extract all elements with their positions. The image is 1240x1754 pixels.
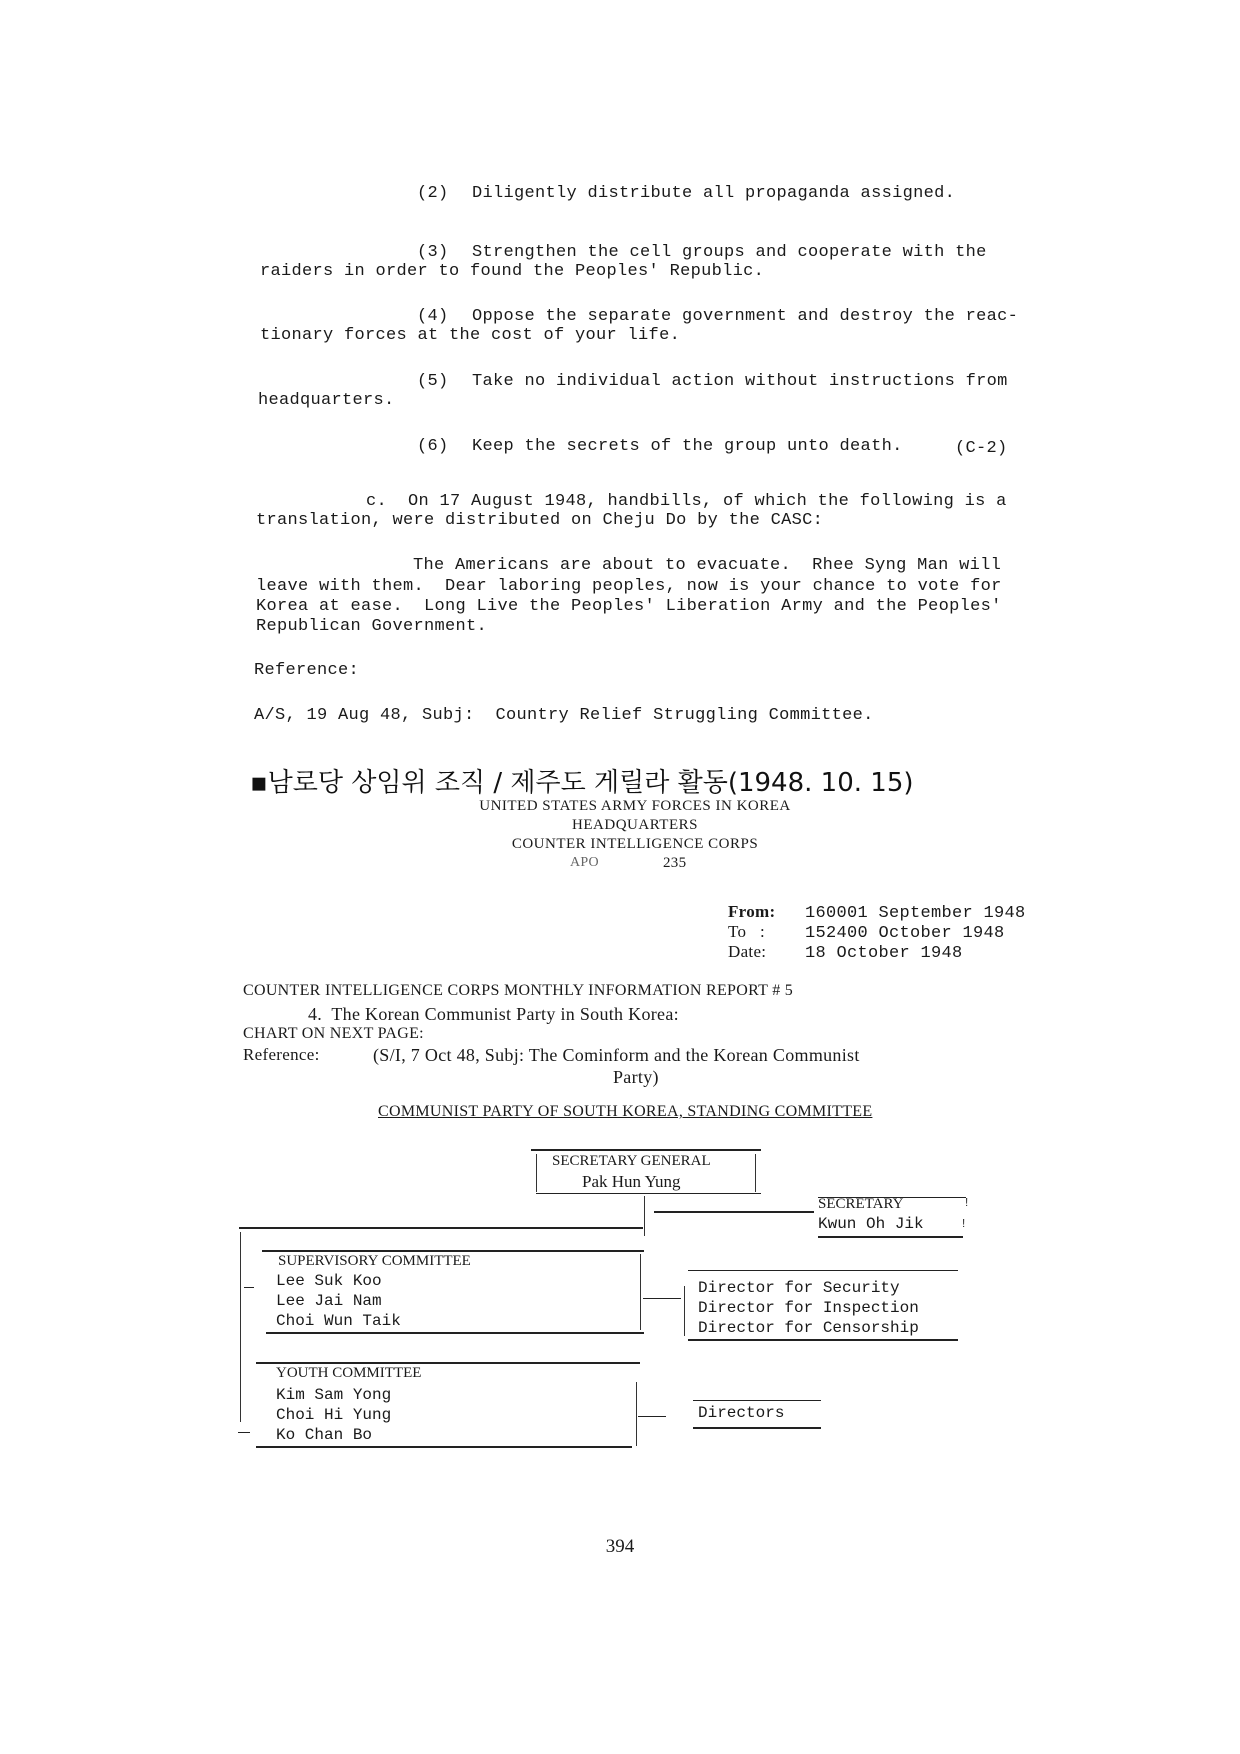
period-from-value: 160001 September 1948 <box>805 904 1026 923</box>
sec-general-bottom-border <box>536 1193 761 1194</box>
supervisory-bottom-border <box>266 1332 644 1334</box>
sec-general-right-border <box>755 1154 756 1192</box>
supervisory-top-border <box>262 1250 644 1252</box>
korean-section-heading: ▪남로당 상임위 조직 / 제주도 게릴라 활동(1948. 10. 15) <box>250 762 914 799</box>
letterhead-line1: UNITED STATES ARMY FORCES IN KOREA <box>15 798 1240 815</box>
youth-left-stub <box>238 1432 250 1433</box>
youth-member: Choi Hi Yung <box>276 1406 391 1424</box>
youth-directors-top-border <box>693 1400 821 1401</box>
youth-director-connector <box>638 1416 666 1417</box>
instruction-3-number: (3) <box>417 243 449 262</box>
trunk-connector <box>644 1196 645 1236</box>
supervisory-directors-bottom-border <box>688 1339 958 1341</box>
report-item-4: 4. The Korean Communist Party in South K… <box>308 1004 679 1025</box>
period-to-value: 152400 October 1948 <box>805 924 1005 943</box>
letterhead-apo-number: 235 <box>663 855 686 872</box>
instruction-2-text: Diligently distribute all propaganda ass… <box>472 184 955 203</box>
supervisory-left-stub <box>244 1287 254 1288</box>
committee-trunk-line <box>239 1227 643 1229</box>
secretary-bottom-border <box>818 1236 963 1238</box>
reference-label: Reference: <box>254 661 359 680</box>
secretary-right-tick: ! <box>963 1196 970 1210</box>
letterhead-line3: COUNTER INTELLIGENCE CORPS <box>15 836 1240 853</box>
sec-general-title: SECRETARY GENERAL <box>552 1153 711 1170</box>
org-chart-title: COMMUNIST PARTY OF SOUTH KOREA, STANDING… <box>378 1103 872 1121</box>
sec-general-name: Pak Hun Yung <box>582 1172 681 1192</box>
secretary-name: Kwun Oh Jik <box>818 1215 924 1233</box>
instruction-3-text: Strengthen the cell groups and cooperate… <box>472 243 987 262</box>
director-inspection: Director for Inspection <box>698 1299 919 1317</box>
supervisory-director-connector <box>643 1298 681 1299</box>
report-reference-label: Reference: <box>243 1045 320 1065</box>
secretary-right-tick-2: ! <box>960 1217 967 1231</box>
youth-top-border <box>256 1362 640 1364</box>
supervisory-directors-top-border <box>688 1270 958 1271</box>
instruction-6-number: (6) <box>417 437 449 456</box>
handbill-line3: Korea at ease. Long Live the Peoples' Li… <box>256 597 1002 616</box>
report-title: COUNTER INTELLIGENCE CORPS MONTHLY INFOR… <box>243 982 793 1000</box>
supervisory-title: SUPERVISORY COMMITTEE <box>278 1253 471 1270</box>
secretary-connector <box>654 1211 814 1213</box>
instruction-4-number: (4) <box>417 307 449 326</box>
director-censorship: Director for Censorship <box>698 1319 919 1337</box>
supervisory-member: Lee Jai Nam <box>276 1292 382 1310</box>
youth-member: Kim Sam Yong <box>276 1386 391 1404</box>
period-from-label: From: <box>728 902 775 922</box>
left-trunk-vertical <box>240 1232 241 1422</box>
reference-text: A/S, 19 Aug 48, Subj: Country Relief Str… <box>254 706 874 725</box>
supervisory-right-border <box>640 1254 641 1330</box>
instruction-3-continuation: raiders in order to found the Peoples' R… <box>260 262 764 281</box>
instruction-6-text: Keep the secrets of the group unto death… <box>472 437 903 456</box>
period-date-value: 18 October 1948 <box>805 944 963 963</box>
instruction-4-continuation: tionary forces at the cost of your life. <box>260 326 680 345</box>
youth-right-border <box>636 1382 637 1446</box>
youth-directors-bottom-border <box>693 1427 821 1429</box>
para-c-line1: c. On 17 August 1948, handbills, of whic… <box>366 492 1007 511</box>
letterhead-apo-label: APO <box>570 855 599 871</box>
chart-note: CHART ON NEXT PAGE: <box>243 1025 424 1043</box>
supervisory-member: Lee Suk Koo <box>276 1272 382 1290</box>
supervisory-directors-left-border <box>684 1286 685 1336</box>
report-reference-text: (S/I, 7 Oct 48, Subj: The Cominform and … <box>373 1045 860 1066</box>
youth-directors-label: Directors <box>698 1404 784 1422</box>
sec-general-left-border <box>536 1154 537 1192</box>
para-c-line2: translation, were distributed on Cheju D… <box>256 511 823 530</box>
instruction-6-classification: (C-2) <box>955 439 1008 458</box>
youth-member: Ko Chan Bo <box>276 1426 372 1444</box>
instruction-4-text: Oppose the separate government and destr… <box>472 307 1018 326</box>
secretary-title: SECRETARY <box>818 1196 903 1213</box>
handbill-line2: leave with them. Dear laboring peoples, … <box>256 577 1002 596</box>
supervisory-member: Choi Wun Taik <box>276 1312 401 1330</box>
sec-general-top-border <box>531 1149 761 1151</box>
instruction-5-text: Take no individual action without instru… <box>472 372 1008 391</box>
handbill-line1: The Americans are about to evacuate. Rhe… <box>413 556 1001 575</box>
page-number: 394 <box>0 1536 1240 1558</box>
period-to-label: To : <box>728 922 765 942</box>
instruction-5-number: (5) <box>417 372 449 391</box>
period-date-label: Date: <box>728 942 766 962</box>
youth-bottom-border <box>256 1446 632 1448</box>
youth-title: YOUTH COMMITTEE <box>276 1365 421 1382</box>
handbill-line4: Republican Government. <box>256 617 487 636</box>
letterhead-line2: HEADQUARTERS <box>15 817 1240 834</box>
instruction-2-number: (2) <box>417 184 449 203</box>
instruction-5-continuation: headquarters. <box>258 391 395 410</box>
report-reference-continuation: Party) <box>613 1067 659 1088</box>
director-security: Director for Security <box>698 1279 900 1297</box>
